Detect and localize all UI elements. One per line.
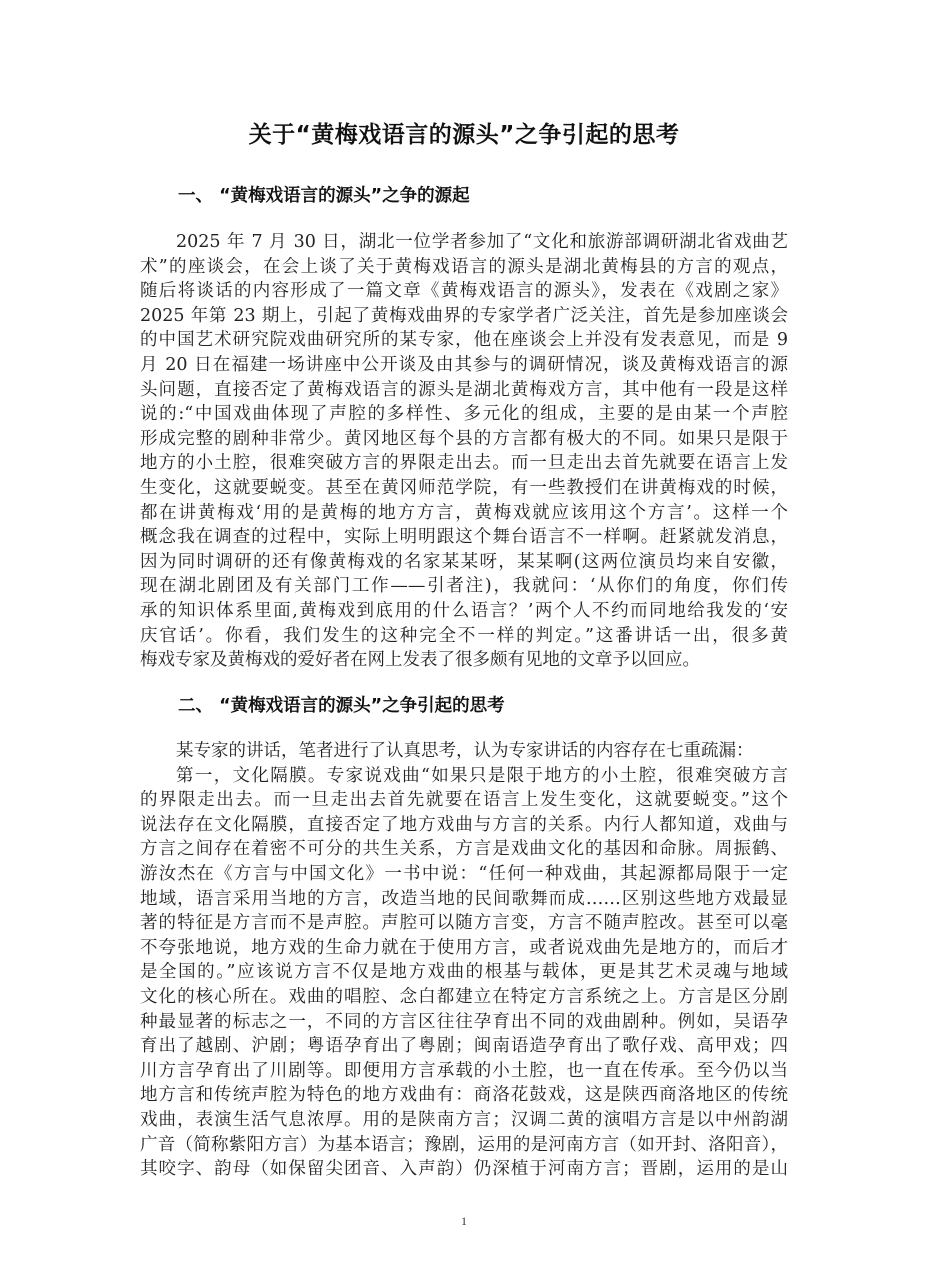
text-line: 戏曲，表演生活气息浓厚。用的是陕南方言；汉调二黄的演唱方言是以中州韵湖 [140, 1108, 788, 1133]
section-heading-2: 二、 “黄梅戏语言的源头”之争引起的思考 [178, 692, 505, 717]
text-line: 术”的座谈会，在会上谈了关于黄梅戏语言的源头是湖北黄梅县的方言的观点， [140, 255, 788, 280]
document-title: 关于“黄梅戏语言的源头”之争引起的思考 [0, 116, 928, 149]
text-line: 育出了越剧、沪剧；粤语孕育出了粤剧；闽南语造孕育出了歌仔戏、高甲戏；四 [140, 1034, 788, 1059]
section-heading-1: 一、 “黄梅戏语言的源头”之争的源起 [178, 182, 470, 207]
page-number: 1 [0, 1214, 928, 1229]
text-line: 的中国艺术研究院戏曲研究所的某专家，他在座谈会上并没有发表意见，而是 9 [140, 328, 788, 353]
text-line: 某专家的讲话，笔者进行了认真思考，认为专家讲话的内容存在七重疏漏： [140, 739, 788, 764]
text-line: 地方言和传统声腔为特色的地方戏曲有：商洛花鼓戏，这是陕西商洛地区的传统 [140, 1083, 788, 1108]
text-line: 方言之间存在着密不可分的共生关系，方言是戏曲文化的基因和命脉。周振鹤、 [140, 837, 788, 862]
text-line: 川方言孕育出了川剧等。即便用方言承载的小土腔，也一直在传承。至今仍以当 [140, 1059, 788, 1084]
text-line: 梅戏专家及黄梅戏的爱好者在网上发表了很多颇有见地的文章予以回应。 [140, 648, 788, 673]
text-line: 随后将谈话的内容形成了一篇文章《黄梅戏语言的源头》，发表在《戏剧之家》 [140, 279, 788, 304]
text-line: 第一，文化隔膜。专家说戏曲“如果只是限于地方的小土腔，很难突破方言 [140, 764, 788, 789]
text-line: 不夸张地说，地方戏的生命力就在于使用方言，或者说戏曲先是地方的，而后才 [140, 936, 788, 961]
text-line: 种最显著的标志之一，不同的方言区往往孕育出不同的戏曲剧种。例如，吴语孕 [140, 1010, 788, 1035]
document-page: 关于“黄梅戏语言的源头”之争引起的思考 一、 “黄梅戏语言的源头”之争的源起 2… [0, 0, 928, 1282]
text-line: 文化的核心所在。戏曲的唱腔、念白都建立在特定方言系统之上。方言是区分剧 [140, 985, 788, 1010]
text-line: 广音（简称紫阳方言）为基本语言；豫剧，运用的是河南方言（如开封、洛阳音）， [140, 1133, 788, 1158]
section-1-paragraph-1: 2025 年 7 月 30 日，湖北一位学者参加了“文化和旅游部调研湖北省戏曲艺… [140, 230, 788, 673]
text-line: 是全国的。”应该说方言不仅是地方戏曲的根基与载体，更是其艺术灵魂与地域 [140, 960, 788, 985]
section-2-paragraph-2: 第一，文化隔膜。专家说戏曲“如果只是限于地方的小土腔，很难突破方言 的界限走出去… [140, 764, 788, 1182]
text-line: 其咬字、韵母（如保留尖团音、入声韵）仍深植于河南方言；晋剧，运用的是山 [140, 1157, 788, 1182]
text-line: 地域，语言采用当地的方言，改造当地的民间歌舞而成……区别这些地方戏最显 [140, 887, 788, 912]
text-line: 都在讲黄梅戏‘用的是黄梅的地方方言，黄梅戏就应该用这个方言’。这样一个 [140, 501, 788, 526]
text-line: 游汝杰在《方言与中国文化》一书中说：“任何一种戏曲，其起源都局限于一定 [140, 862, 788, 887]
text-line: 庆官话’。你看，我们发生的这种完全不一样的判定。”这番讲话一出，很多黄 [140, 624, 788, 649]
text-line: 承的知识体系里面,黄梅戏到底用的什么语言？’两个人不约而同地给我发的‘安 [140, 599, 788, 624]
text-line: 现在湖北剧团及有关部门工作——引者注)，我就问：‘从你们的角度，你们传 [140, 574, 788, 599]
text-line: 生变化，这就要蜕变。甚至在黄冈师范学院，有一些教授们在讲黄梅戏的时候， [140, 476, 788, 501]
text-line: 概念我在调查的过程中，实际上明明跟这个舞台语言不一样啊。赶紧就发消息， [140, 525, 788, 550]
text-line: 头问题，直接否定了黄梅戏语言的源头是湖北黄梅戏方言，其中他有一段是这样 [140, 378, 788, 403]
text-line: 地方的小土腔，很难突破方言的界限走出去。而一旦走出去首先就要在语言上发 [140, 451, 788, 476]
text-line: 的界限走出去。而一旦走出去首先就要在语言上发生变化，这就要蜕变。”这个 [140, 788, 788, 813]
text-line: 2025 年第 23 期上，引起了黄梅戏曲界的专家学者广泛关注，首先是参加座谈会 [140, 304, 788, 329]
text-line: 著的特征是方言而不是声腔。声腔可以随方言变，方言不随声腔改。甚至可以毫 [140, 911, 788, 936]
text-line: 形成完整的剧种非常少。黄冈地区每个县的方言都有极大的不同。如果只是限于 [140, 427, 788, 452]
text-line: 因为同时调研的还有像黄梅戏的名家某某呀，某某啊(这两位演员均来自安徽， [140, 550, 788, 575]
section-2-paragraph-1: 某专家的讲话，笔者进行了认真思考，认为专家讲话的内容存在七重疏漏： [140, 739, 788, 764]
text-line: 说的:“中国戏曲体现了声腔的多样性、多元化的组成，主要的是由某一个声腔 [140, 402, 788, 427]
text-line: 说法存在文化隔膜，直接否定了地方戏曲与方言的关系。内行人都知道，戏曲与 [140, 813, 788, 838]
text-line: 月 20 日在福建一场讲座中公开谈及由其参与的调研情况，谈及黄梅戏语言的源 [140, 353, 788, 378]
text-line: 2025 年 7 月 30 日，湖北一位学者参加了“文化和旅游部调研湖北省戏曲艺 [140, 230, 788, 255]
